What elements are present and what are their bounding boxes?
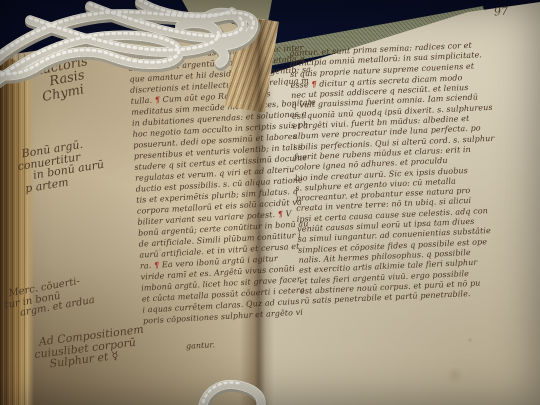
rubric-paraph: ¶ (154, 94, 160, 104)
rubric-paraph: ¶ (277, 209, 283, 219)
catchword: gantur. (186, 340, 215, 351)
rubric-paraph: ¶ (154, 260, 160, 270)
fore-edge-streaks (0, 54, 30, 405)
manuscript-photo: 97 gantur. et sunt prima semina: radices… (0, 0, 540, 405)
folio-number: 97 (494, 5, 509, 19)
